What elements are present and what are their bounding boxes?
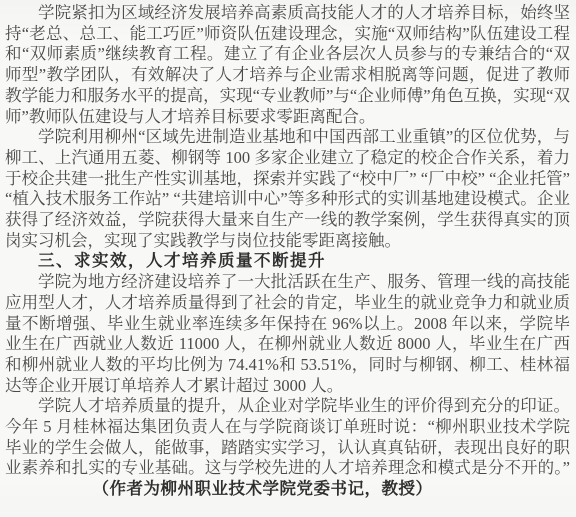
section-heading-talent-quality: 三、求实效，人才培养质量不断提升 (5, 251, 570, 272)
paragraph-employment-statistics: 学院为地方经济建设培养了一大批活跃在生产、服务、管理一线的高技能应用型人才，人才… (5, 272, 570, 396)
document-page: 学院紧扣为区域经济发展培养高素质高技能人才的人才培养目标，始终坚持“老总、总工、… (0, 0, 576, 517)
paragraph-school-enterprise-cooperation: 学院利用柳州“区域先进制造业基地和中国西部工业重镇”的区位优势，与柳工、上汽通用… (5, 127, 570, 251)
paragraph-enterprise-evaluation-text: 学院人才培养质量的提升，从企业对学院毕业生的评价得到充分的印证。今年 5 月桂林… (5, 396, 570, 477)
author-attribution: （作者为柳州职业技术学院党委书记，教授） (101, 479, 433, 498)
paragraph-teacher-team-building: 学院紧扣为区域经济发展培养高素质高技能人才的人才培养目标，始终坚持“老总、总工、… (5, 3, 570, 127)
paragraph-enterprise-evaluation: 学院人才培养质量的提升，从企业对学院毕业生的评价得到充分的印证。今年 5 月桂林… (5, 396, 570, 500)
